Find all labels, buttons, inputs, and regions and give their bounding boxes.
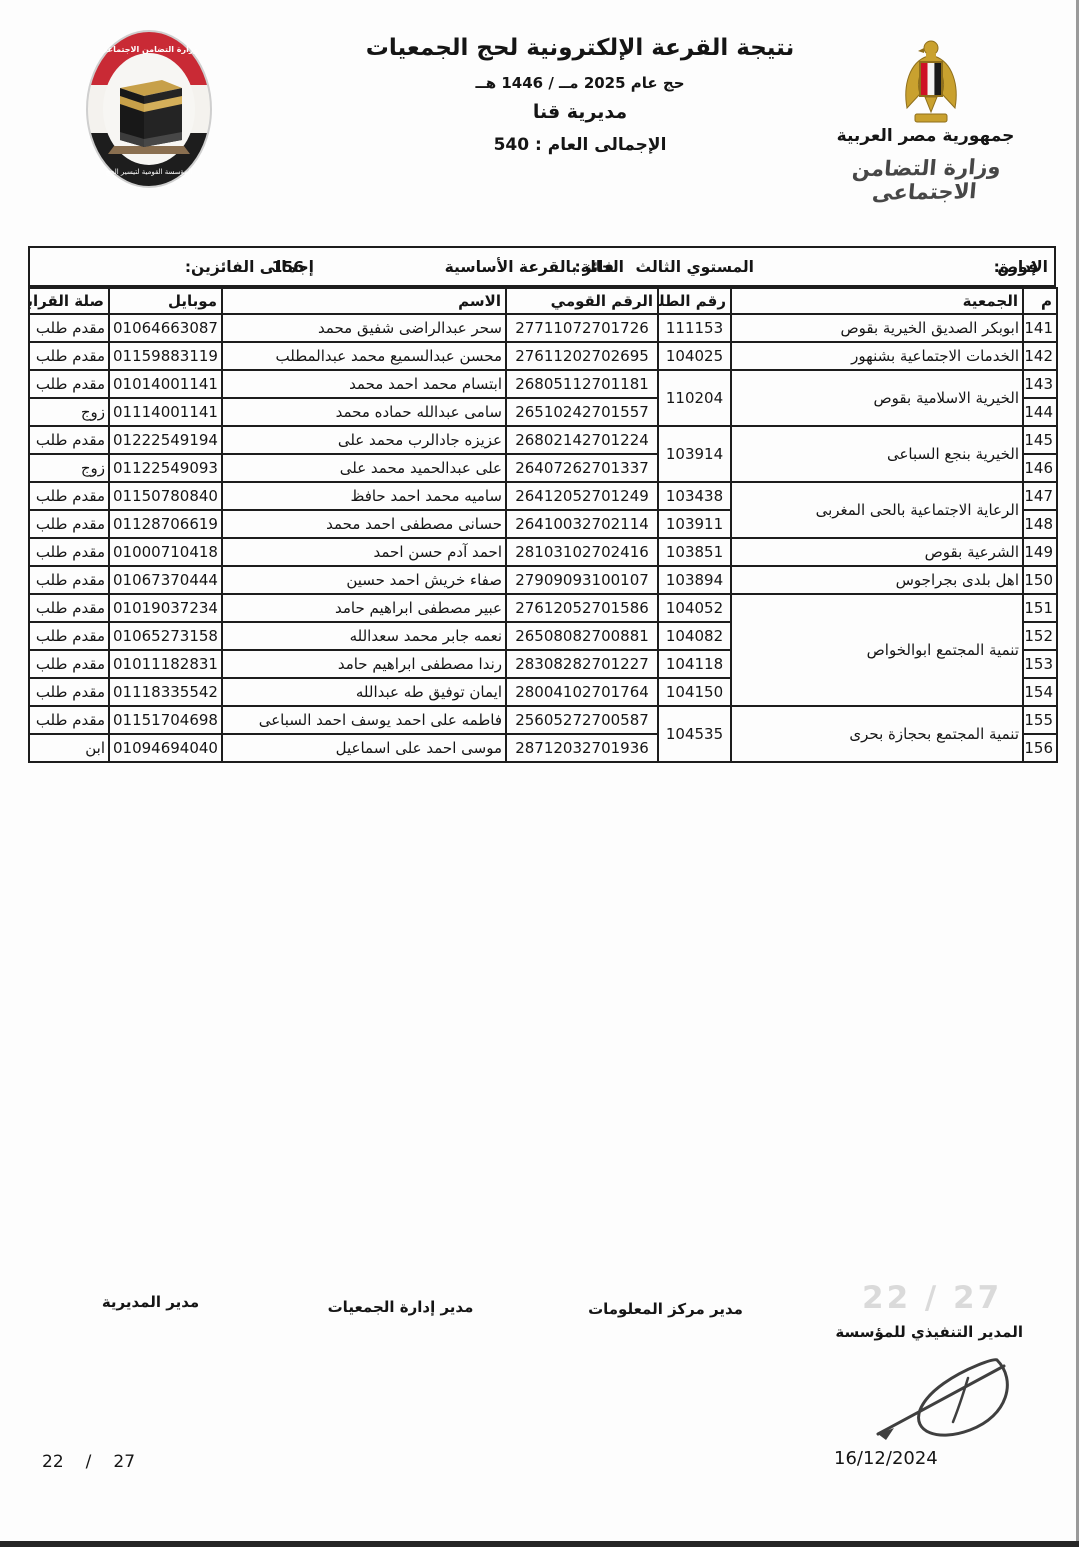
cell-mobile: 01114001141	[109, 398, 222, 426]
cell-relation: مقدم طلب	[29, 314, 109, 342]
cell-relation: زوج	[29, 398, 109, 426]
directorate-line: مديرية قنا	[330, 101, 830, 123]
cell-national-id: 26412052701249	[506, 482, 658, 510]
cell-request-no: 103911	[658, 510, 731, 538]
cell-national-id: 28004102701764	[506, 678, 658, 706]
cell-index: 151	[1023, 594, 1057, 622]
cell-name: صفاء خريش احمد حسين	[222, 566, 506, 594]
country-name: جمهورية مصر العربية	[818, 126, 1033, 146]
foundation-kaaba-logo: وزارة التضامن الاجتماعى المؤسسة القومية …	[86, 30, 212, 188]
cell-index: 154	[1023, 678, 1057, 706]
cell-request-no: 103438	[658, 482, 731, 510]
cell-association: الخدمات الاجتماعية بشنهور	[731, 342, 1023, 370]
cell-mobile: 01222549194	[109, 426, 222, 454]
page-total: 27	[113, 1452, 135, 1472]
cell-index: 149	[1023, 538, 1057, 566]
cell-request-no: 104118	[658, 650, 731, 678]
cell-national-id: 26407262701337	[506, 454, 658, 482]
cell-mobile: 01067370444	[109, 566, 222, 594]
hajj-year-line: حج عام 2025 مــ / 1446 هــ	[330, 74, 830, 92]
cell-name: فاطمه على احمد يوسف احمد السباعى	[222, 706, 506, 734]
cell-request-no: 104052	[658, 594, 731, 622]
cell-name: نعمه جابر محمد سعدالله	[222, 622, 506, 650]
header-relation: صلة القرابه	[29, 288, 109, 314]
cell-national-id: 28103102702416	[506, 538, 658, 566]
cell-relation: زوج	[29, 454, 109, 482]
table-row: 150اهل بلدى بجراجوس10389427909093100107ص…	[29, 566, 1057, 594]
status-value: فائز بالقرعة الأساسية	[445, 248, 614, 286]
cell-relation: ابن	[29, 734, 109, 762]
table-header-row: م الجمعية رقم الطلب الرقم القومي الاسم م…	[29, 288, 1057, 314]
cell-relation: مقدم طلب	[29, 426, 109, 454]
cell-name: سامى عبدالله حماده محمد	[222, 398, 506, 426]
scan-edge-bottom	[0, 1541, 1079, 1547]
cell-index: 144	[1023, 398, 1057, 426]
table-row: 143الخيرية الاسلامية بقوص110204268051127…	[29, 370, 1057, 398]
cell-name: ايمان توفيق طه عبدالله	[222, 678, 506, 706]
cell-request-no: 103851	[658, 538, 731, 566]
page-separator: /	[86, 1452, 92, 1472]
table-row: 142الخدمات الاجتماعية بشنهور104025276112…	[29, 342, 1057, 370]
signature-title-directorate-manager: مدير المديرية	[78, 1293, 223, 1311]
cell-relation: مقدم طلب	[29, 622, 109, 650]
cell-request-no: 103894	[658, 566, 731, 594]
cell-mobile: 01122549093	[109, 454, 222, 482]
cell-national-id: 28308282701227	[506, 650, 658, 678]
cell-request-no: 103914	[658, 426, 731, 482]
cell-national-id: 27909093100107	[506, 566, 658, 594]
cell-association: ابوبكر الصديق الخيرية بقوص	[731, 314, 1023, 342]
results-table: م الجمعية رقم الطلب الرقم القومي الاسم م…	[28, 287, 1058, 763]
cell-relation: مقدم طلب	[29, 538, 109, 566]
cell-name: احمد آدم حسن احمد	[222, 538, 506, 566]
cell-national-id: 26508082700881	[506, 622, 658, 650]
table-row: 151تنمية المجتمع ابوالخواص10405227612052…	[29, 594, 1057, 622]
page-current: 22	[42, 1452, 64, 1472]
cell-relation: مقدم طلب	[29, 342, 109, 370]
results-table-body: 141ابوبكر الصديق الخيرية بقوص11115327711…	[29, 314, 1057, 762]
cell-mobile: 01150780840	[109, 482, 222, 510]
cell-mobile: 01094694040	[109, 734, 222, 762]
cell-name: ساميه محمد احمد حافظ	[222, 482, 506, 510]
header-index: م	[1023, 288, 1057, 314]
cell-name: حسانى مصطفى احمد محمد	[222, 510, 506, 538]
cell-name: عزيزه جادالرب محمد على	[222, 426, 506, 454]
kaaba-logo-graphic: وزارة التضامن الاجتماعى المؤسسة القومية …	[86, 30, 212, 188]
cell-index: 146	[1023, 454, 1057, 482]
cell-name: موسى احمد على اسماعيل	[222, 734, 506, 762]
header-association: الجمعية	[731, 288, 1023, 314]
footer-page-number: 22 / 27	[42, 1452, 135, 1472]
cell-request-no: 110204	[658, 370, 731, 426]
cell-association: الخيرية بنجع السباعى	[731, 426, 1023, 482]
cell-mobile: 01019037234	[109, 594, 222, 622]
header-mobile: موبايل	[109, 288, 222, 314]
ministry-name-calligraphy: وزارة التضامن الاجتماعى	[826, 154, 1026, 205]
cell-relation: مقدم طلب	[29, 370, 109, 398]
footer-date: 16/12/2024	[834, 1448, 938, 1469]
cell-association: الخيرية الاسلامية بقوص	[731, 370, 1023, 426]
cell-name: ابتسام محمد احمد محمد	[222, 370, 506, 398]
cell-mobile: 01014001141	[109, 370, 222, 398]
header-request-no: رقم الطلب	[658, 288, 731, 314]
signature-title-associations-admin-manager: مدير إدارة الجمعيات	[318, 1298, 483, 1316]
cell-relation: مقدم طلب	[29, 706, 109, 734]
cell-association: الشرعية بقوص	[731, 538, 1023, 566]
cell-mobile: 01011182831	[109, 650, 222, 678]
cell-national-id: 25605272700587	[506, 706, 658, 734]
cell-index: 148	[1023, 510, 1057, 538]
table-row: 141ابوبكر الصديق الخيرية بقوص11115327711…	[29, 314, 1057, 342]
cell-association: الرعاية الاجتماعية بالحى المغربى	[731, 482, 1023, 538]
cell-request-no: 104082	[658, 622, 731, 650]
cell-national-id: 26410032702114	[506, 510, 658, 538]
signature-title-information-center-manager: مدير مركز المعلومات	[578, 1300, 753, 1318]
cell-national-id: 26802142701224	[506, 426, 658, 454]
administration-value: قوص	[997, 248, 1038, 286]
document-title: نتيجة القرعة الإلكترونية لحج الجمعيات	[330, 34, 830, 64]
table-row: 149الشرعية بقوص10385128103102702416احمد …	[29, 538, 1057, 566]
cell-name: عبير مصطفى ابراهيم حامد	[222, 594, 506, 622]
cell-national-id: 27711072701726	[506, 314, 658, 342]
cell-index: 142	[1023, 342, 1057, 370]
signature-title-executive-director: المدير التنفيذي للمؤسسة	[848, 1323, 1023, 1341]
cell-mobile: 01064663087	[109, 314, 222, 342]
cell-index: 147	[1023, 482, 1057, 510]
cell-relation: مقدم طلب	[29, 650, 109, 678]
scanned-document-page: وزارة التضامن الاجتماعى المؤسسة القومية …	[0, 0, 1079, 1547]
cell-index: 152	[1023, 622, 1057, 650]
page-watermark: 22 / 27	[862, 1280, 1002, 1316]
header-name: الاسم	[222, 288, 506, 314]
cell-index: 156	[1023, 734, 1057, 762]
cell-relation: مقدم طلب	[29, 510, 109, 538]
cell-relation: مقدم طلب	[29, 566, 109, 594]
cell-mobile: 01128706619	[109, 510, 222, 538]
cell-request-no: 104025	[658, 342, 731, 370]
table-row: 155تنمية المجتمع بحجازة بحرى104535256052…	[29, 706, 1057, 734]
cell-index: 150	[1023, 566, 1057, 594]
cell-mobile: 01118335542	[109, 678, 222, 706]
cell-index: 155	[1023, 706, 1057, 734]
cell-national-id: 28712032701936	[506, 734, 658, 762]
cell-index: 153	[1023, 650, 1057, 678]
cell-mobile: 01159883119	[109, 342, 222, 370]
cell-relation: مقدم طلب	[29, 594, 109, 622]
cell-index: 145	[1023, 426, 1057, 454]
cell-national-id: 26805112701181	[506, 370, 658, 398]
egypt-eagle-emblem-icon	[895, 36, 967, 130]
table-row: 145الخيرية بنجع السباعى10391426802142701…	[29, 426, 1057, 454]
cell-request-no: 104150	[658, 678, 731, 706]
cell-index: 141	[1023, 314, 1057, 342]
cell-name: محسن عبدالسميع محمد عبدالمطلب	[222, 342, 506, 370]
info-bar: الإدارة:قوص المستوي الثالث الحالة:فائز ب…	[28, 246, 1056, 287]
level-field: المستوي الثالث	[636, 248, 754, 286]
cell-name: على عبدالحميد محمد على	[222, 454, 506, 482]
cell-mobile: 01000710418	[109, 538, 222, 566]
grand-total-line: الإجمالى العام : 540	[330, 135, 830, 155]
logo-bottom-text: المؤسسة القومية لتيسير الحج	[106, 168, 193, 176]
cell-request-no: 104535	[658, 706, 731, 762]
header-national-id: الرقم القومي	[506, 288, 658, 314]
cell-mobile: 01151704698	[109, 706, 222, 734]
cell-relation: مقدم طلب	[29, 482, 109, 510]
cell-name: سحر عبدالراضى شفيق محمد	[222, 314, 506, 342]
cell-national-id: 27612052701586	[506, 594, 658, 622]
winners-value: 156	[272, 248, 304, 286]
table-row: 147الرعاية الاجتماعية بالحى المغربى10343…	[29, 482, 1057, 510]
cell-national-id: 26510242701557	[506, 398, 658, 426]
cell-index: 143	[1023, 370, 1057, 398]
cell-mobile: 01065273158	[109, 622, 222, 650]
cell-association: تنمية المجتمع ابوالخواص	[731, 594, 1023, 706]
cell-request-no: 111153	[658, 314, 731, 342]
cell-name: رندا مصطفى ابراهيم حامد	[222, 650, 506, 678]
cell-association: تنمية المجتمع بحجازة بحرى	[731, 706, 1023, 762]
cell-association: اهل بلدى بجراجوس	[731, 566, 1023, 594]
document-title-block: نتيجة القرعة الإلكترونية لحج الجمعيات حج…	[330, 34, 830, 155]
handwritten-signature	[852, 1346, 1022, 1460]
logo-top-text: وزارة التضامن الاجتماعى	[100, 45, 199, 54]
cell-relation: مقدم طلب	[29, 678, 109, 706]
cell-national-id: 27611202702695	[506, 342, 658, 370]
